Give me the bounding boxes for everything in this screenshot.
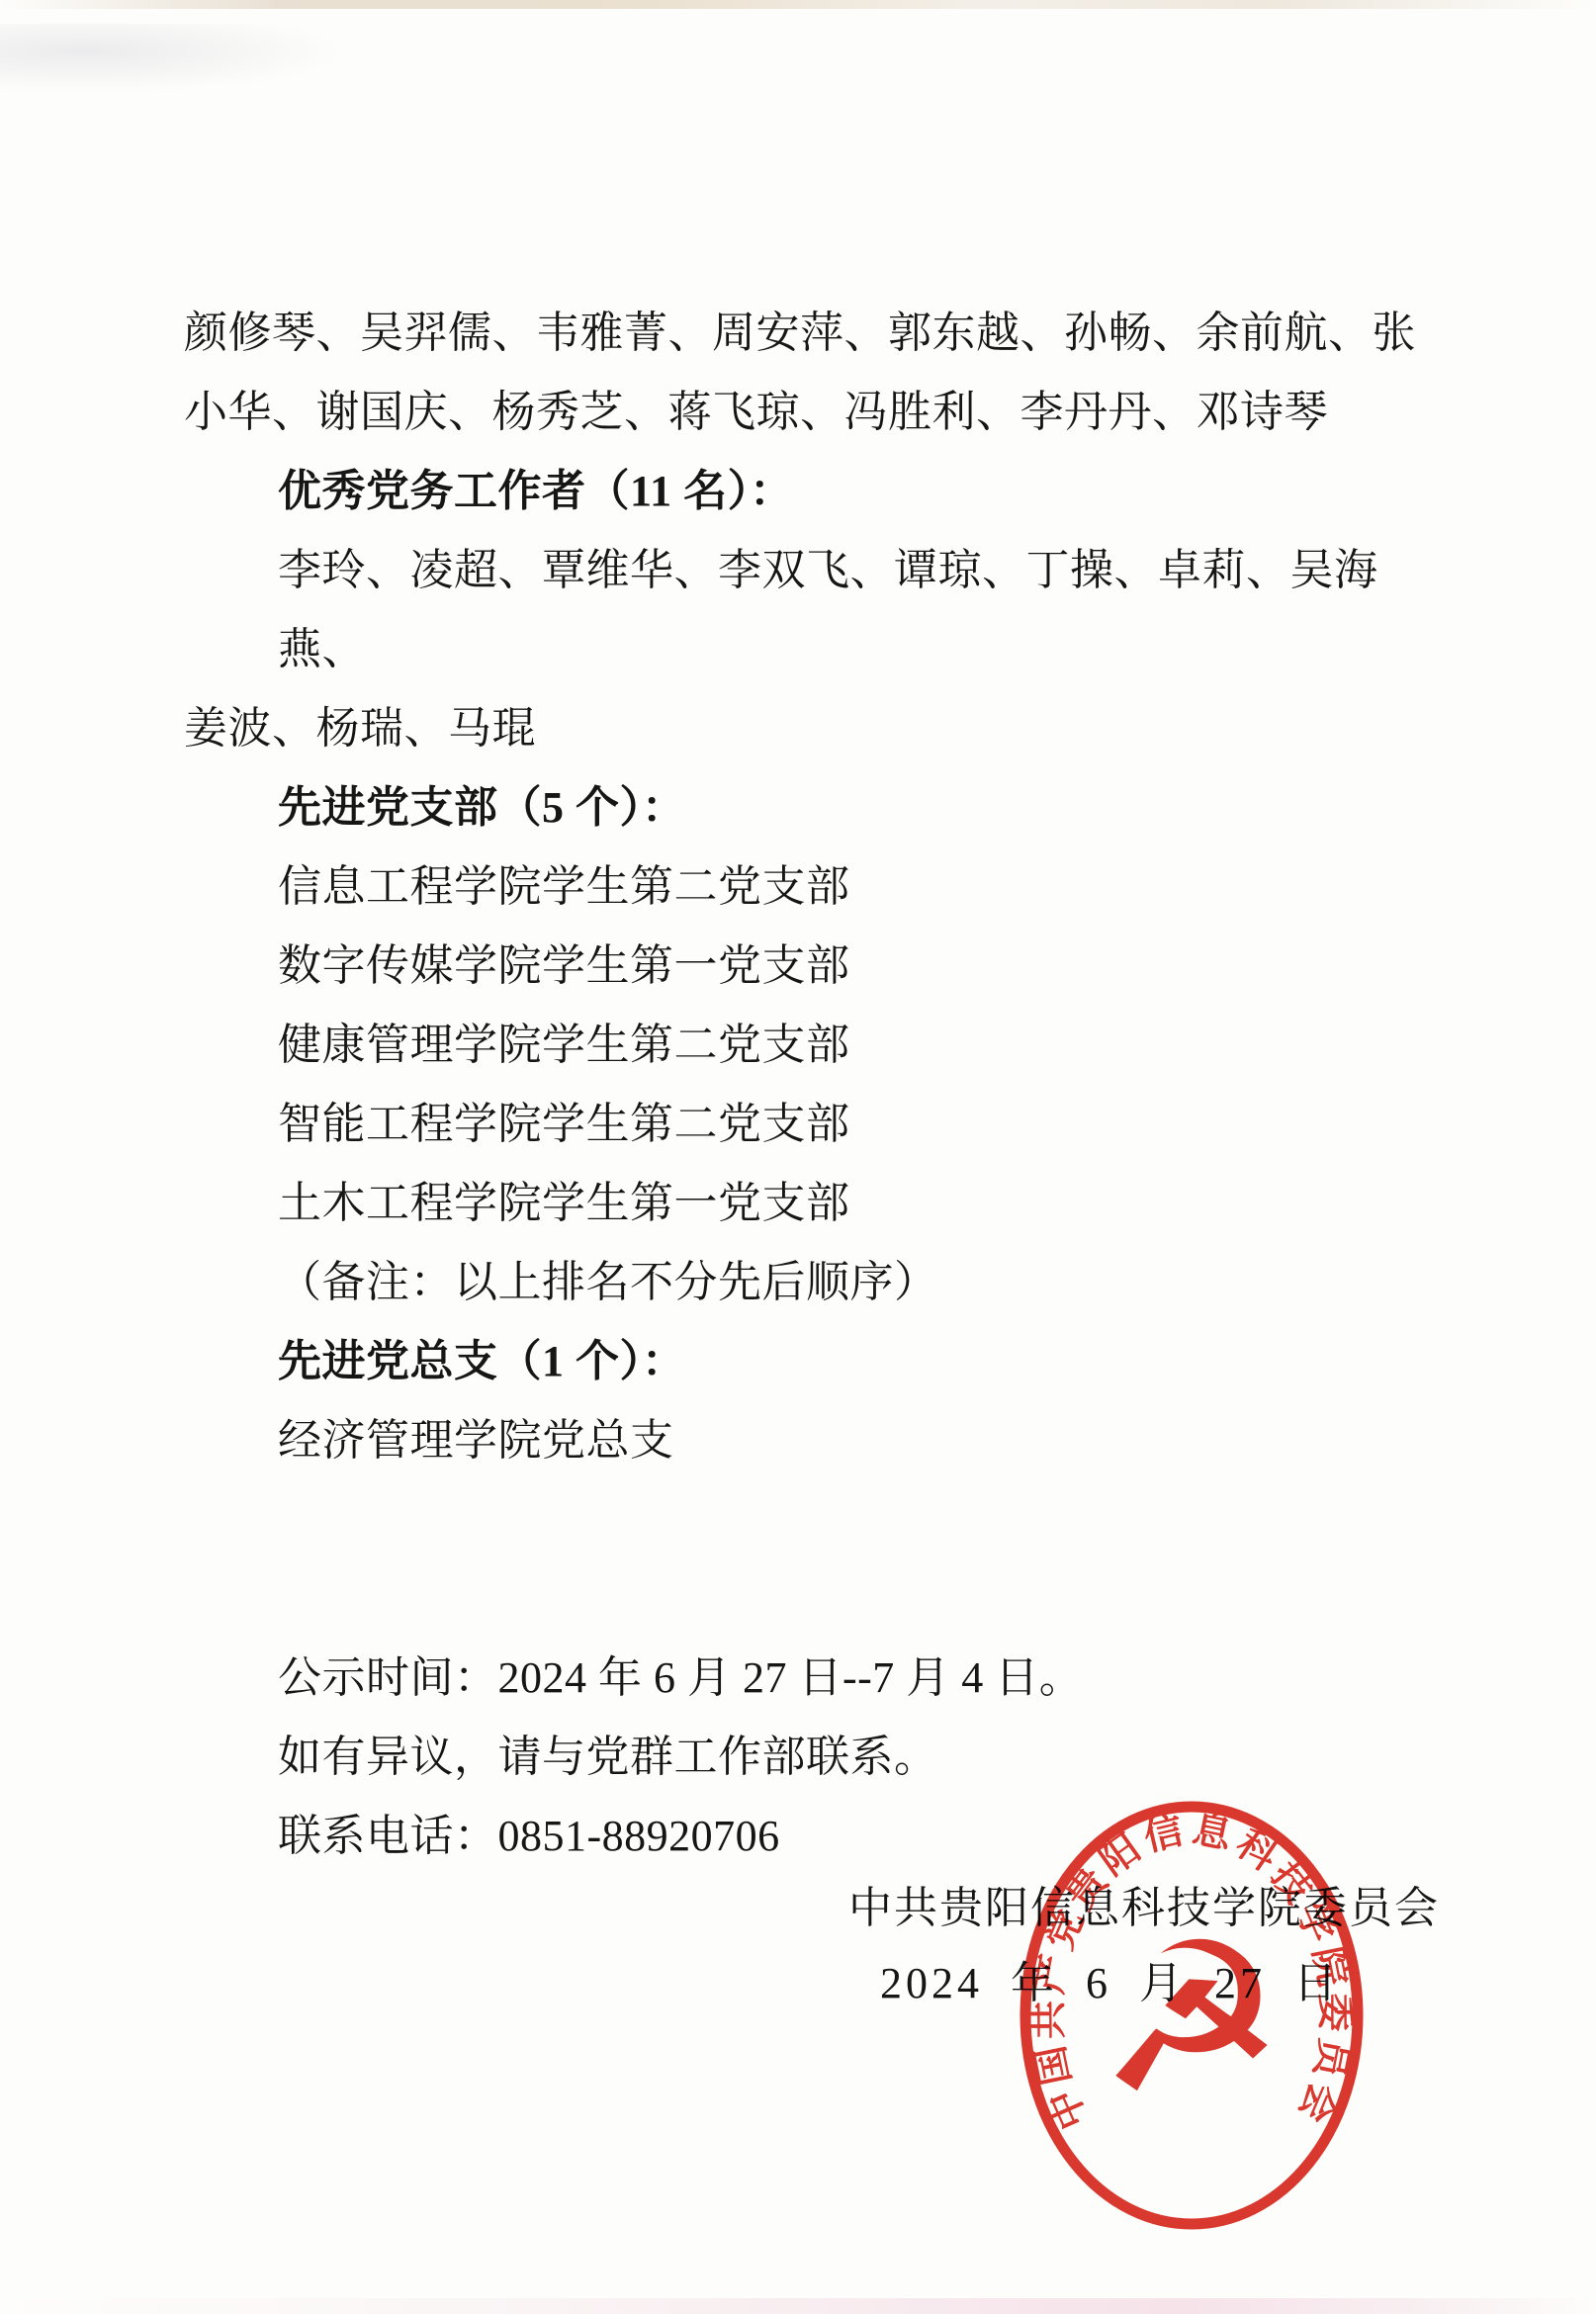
party-seal: ☭ 中国共产党贵阳信息科技学院委员会 (1014, 1798, 1370, 2233)
document-body: 颜修琴、吴羿儒、韦雅菁、周安萍、郭东越、孙畅、余前航、张 小华、谢国庆、杨秀芝、… (184, 294, 1422, 1876)
objection-contact-line: 如有异议，请与党群工作部联系。 (184, 1718, 1422, 1797)
section-heading-outstanding-party-workers: 优秀党务工作者（11 名）： (184, 452, 1422, 531)
vertical-spacer (184, 1480, 1422, 1639)
name-list-line: 颜修琴、吴羿儒、韦雅菁、周安萍、郭东越、孙畅、余前航、张 (184, 294, 1422, 373)
branch-list-item: 健康管理学院学生第二党支部 (184, 1006, 1422, 1085)
scanned-document-page: 颜修琴、吴羿儒、韦雅菁、周安萍、郭东越、孙畅、余前航、张 小华、谢国庆、杨秀芝、… (0, 0, 1596, 2314)
section-heading-advanced-party-branches: 先进党支部（5 个）： (184, 768, 1422, 847)
name-list-line: 姜波、杨瑞、马琨 (184, 689, 1422, 768)
remark-note: （备注：以上排名不分先后顺序） (184, 1243, 1422, 1322)
scan-edge-artifact-bottom (0, 2298, 1596, 2314)
scan-edge-artifact-top (0, 0, 1596, 9)
branch-list-item: 数字传媒学院学生第一党支部 (184, 927, 1422, 1006)
section-heading-advanced-general-branch: 先进党总支（1 个）： (184, 1322, 1422, 1401)
hammer-sickle-icon: ☭ (1099, 1898, 1285, 2140)
branch-list-item: 经济管理学院党总支 (184, 1401, 1422, 1480)
branch-list-item: 智能工程学院学生第二党支部 (184, 1085, 1422, 1164)
branch-list-item: 土木工程学院学生第一党支部 (184, 1164, 1422, 1243)
scan-smudge-top-left (0, 24, 346, 93)
name-list-line: 小华、谢国庆、杨秀芝、蒋飞琼、冯胜利、李丹丹、邓诗琴 (184, 373, 1422, 452)
publicity-period-line: 公示时间：2024 年 6 月 27 日--7 月 4 日。 (184, 1639, 1422, 1718)
name-list-line: 李玲、凌超、覃维华、李双飞、谭琼、丁操、卓莉、吴海燕、 (184, 531, 1422, 689)
branch-list-item: 信息工程学院学生第二党支部 (184, 847, 1422, 927)
